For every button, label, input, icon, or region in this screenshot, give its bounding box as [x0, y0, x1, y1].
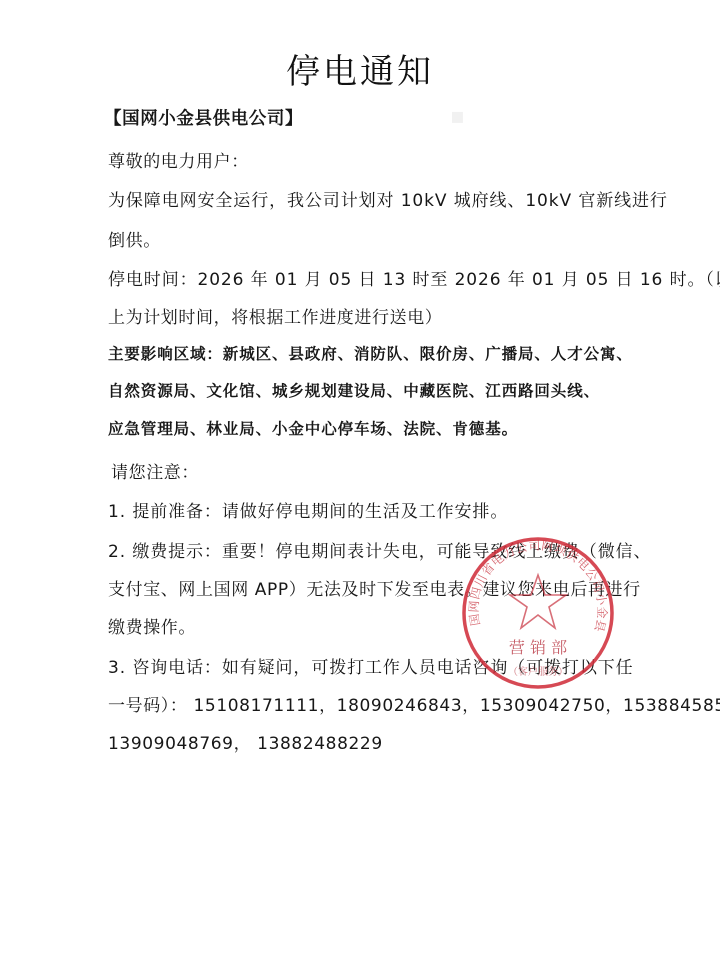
- notice-item-2-line-1: 2. 缴费提示：重要！停电期间表计失电，可能导致线上缴费（微信、: [108, 537, 651, 562]
- affected-area-line-2: 自然资源局、文化馆、城乡规划建设局、中藏医院、江西路回头线、: [108, 379, 600, 401]
- outage-time-line-1: 停电时间：2026 年 01 月 05 日 13 时至 2026 年 01 月 …: [108, 265, 720, 290]
- outage-time-line-2: 上为计划时间，将根据工作进度进行送电）: [108, 303, 442, 328]
- affected-area-line-1: 主要影响区域：新城区、县政府、消防队、限价房、广播局、人才公寓、: [108, 342, 633, 364]
- notice-page: ▪ 停电通知 【国网小金县供电公司】 尊敬的电力用户： 为保障电网安全运行，我公…: [0, 0, 720, 976]
- intro-line-2: 倒供。: [108, 226, 161, 251]
- notice-item-3-line-2: 一号码）： 15108171111，18090246843，1530904275…: [108, 691, 720, 716]
- notice-item-1: 1. 提前准备：请做好停电期间的生活及工作安排。: [108, 497, 508, 522]
- notice-heading: 请您注意：: [111, 458, 199, 483]
- salutation: 尊敬的电力用户：: [108, 147, 249, 172]
- organization-name: 【国网小金县供电公司】: [104, 105, 303, 130]
- background-watermark: ▪: [450, 104, 465, 129]
- notice-item-2-line-3: 缴费操作。: [108, 613, 196, 638]
- affected-area-line-3: 应急管理局、林业局、小金中心停车场、法院、肯德基。: [108, 417, 518, 439]
- notice-item-3-line-1: 3. 咨询电话：如有疑问，可拨打工作人员电话咨询（可拨打以下任: [108, 653, 634, 678]
- intro-line-1: 为保障电网安全运行，我公司计划对 10kV 城府线、10kV 官新线进行: [108, 186, 668, 211]
- notice-item-3-line-3: 13909048769， 13882488229: [108, 729, 383, 754]
- notice-item-2-line-2: 支付宝、网上国网 APP）无法及时下发至电表。建议您来电后再进行: [108, 575, 641, 600]
- page-title: 停电通知: [0, 44, 720, 93]
